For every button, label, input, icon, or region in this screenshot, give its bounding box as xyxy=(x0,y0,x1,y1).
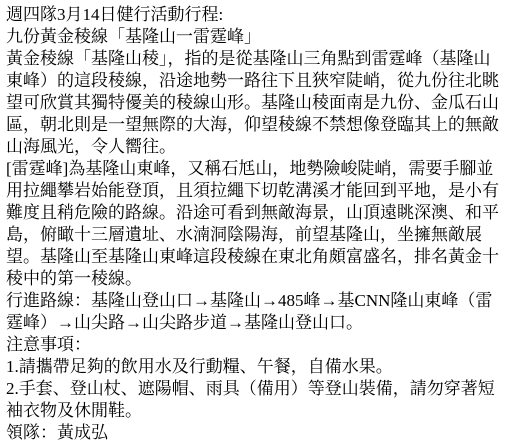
note-item-line: 2.手套、登山杖、遮陽帽、雨具（備用）等登山裝備，請勿穿著短 xyxy=(6,378,511,400)
leiting-peak-description-line: 難度且稍危險的路線。沿途可看到無敵海景，山頂遠眺深澳、和平 xyxy=(6,202,511,224)
leiting-peak-description-line: 用拉繩攀岩始能登頂，且須拉繩下切乾溝溪才能回到平地，是小有 xyxy=(6,180,511,202)
ridge-description-line: 東峰）的這段稜線，沿途地勢一路往下且狹窄陡峭，從九份往北眺 xyxy=(6,70,511,92)
leiting-peak-description-line: 島，俯瞰十三層遺址、水湳洞陰陽海，前望基隆山，坐擁無敵展 xyxy=(6,224,511,246)
ridge-description-line: 山海風光，令人嚮往。 xyxy=(6,136,511,158)
ridge-description-line: 區，朝北則是一望無際的大海，仰望稜線不禁想像登臨其上的無敵 xyxy=(6,114,511,136)
leader-line: 領隊：黃成弘 xyxy=(6,422,511,441)
note-item-line: 1.請攜帶足夠的飲用水及行動糧、午餐，自備水果。 xyxy=(6,356,511,378)
ridge-description-line: 望可欣賞其獨特優美的稜線山形。基隆山稜面南是九份、金瓜石山 xyxy=(6,92,511,114)
route-itinerary-line: 霆峰）→山尖路→山尖路步道→基隆山登山口。 xyxy=(6,312,511,334)
leiting-peak-description-line: 稜中的第一稜線。 xyxy=(6,268,511,290)
document-text-block: 週四隊3月14日健行活動行程: 九份黃金稜線「基隆山一雷霆峰」 黃金稜線「基隆山… xyxy=(6,4,511,441)
leiting-peak-description-line: 望。基隆山至基隆山東峰這段稜線在東北角頗富盛名，排名黃金十 xyxy=(6,246,511,268)
notes-heading-line: 注意事項： xyxy=(6,334,511,356)
route-name-heading-line: 九份黃金稜線「基隆山一雷霆峰」 xyxy=(6,26,511,48)
note-item-line: 袖衣物及休閒鞋。 xyxy=(6,400,511,422)
hiking-itinerary-document: 週四隊3月14日健行活動行程: 九份黃金稜線「基隆山一雷霆峰」 黃金稜線「基隆山… xyxy=(0,0,515,441)
activity-title-line: 週四隊3月14日健行活動行程: xyxy=(6,4,511,26)
ridge-description-line: 黃金稜線「基隆山稜」，指的是從基隆山三角點到雷霆峰（基隆山 xyxy=(6,48,511,70)
leiting-peak-description-line: [雷霆峰]為基隆山東峰，又稱石尪山，地勢險峻陡峭，需要手腳並 xyxy=(6,158,511,180)
route-itinerary-line: 行進路線：基隆山登山口→基隆山→485峰→基CNN隆山東峰（雷 xyxy=(6,290,511,312)
